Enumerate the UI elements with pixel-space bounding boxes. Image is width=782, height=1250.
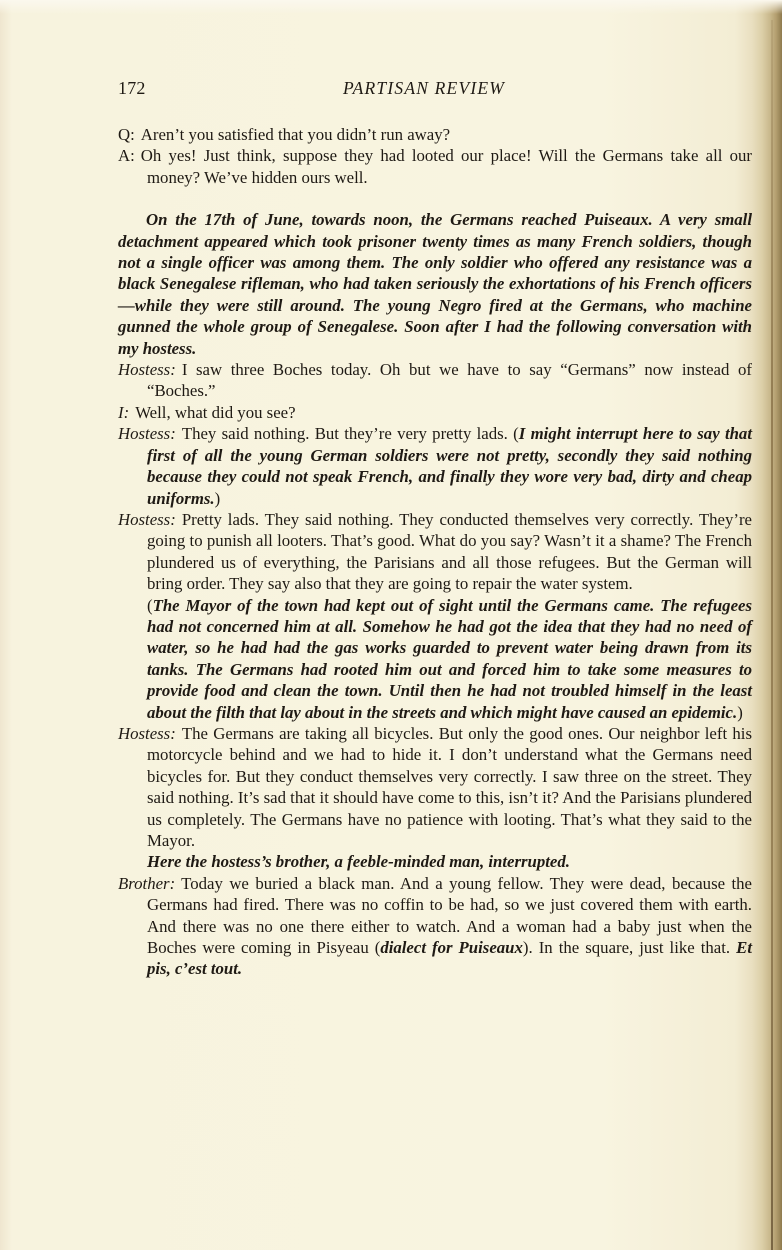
dialogue-line-q: Q:Aren’t you satisfied that you didn’t r… <box>118 124 752 145</box>
page-number: 172 <box>118 78 146 99</box>
dialogue-text: Pretty lads. They said nothing. They con… <box>147 510 752 593</box>
speaker-label: A: <box>118 146 135 165</box>
body-text: Q:Aren’t you satisfied that you didn’t r… <box>118 124 752 980</box>
narrative-paragraph: On the 17th of June, towards noon, the G… <box>118 209 752 359</box>
dialogue-line-hostess: Hostess:Pretty lads. They said nothing. … <box>118 509 752 595</box>
dialogue-line-i: I:Well, what did you see? <box>118 402 752 423</box>
scanned-page: 172 PARTISAN REVIEW Q:Aren’t you satisfi… <box>0 0 782 1250</box>
mayor-aside-paragraph: (The Mayor of the town had kept out of s… <box>118 595 752 723</box>
dialogue-text: Oh yes! Just think, suppose they had loo… <box>141 146 752 186</box>
speaker-label: Hostess: <box>118 360 176 379</box>
dialogue-line-brother: Brother:Today we buried a black man. And… <box>118 873 752 980</box>
speaker-label: I: <box>118 403 129 422</box>
dialogue-line-hostess: Hostess:The Germans are taking all bicyc… <box>118 723 752 851</box>
page-header: 172 PARTISAN REVIEW <box>118 78 752 102</box>
dialogue-text: ). In the square, just like that. <box>523 938 730 957</box>
running-head: PARTISAN REVIEW <box>343 78 505 99</box>
aside-paren-close: ) <box>737 703 743 722</box>
speaker-label: Hostess: <box>118 424 176 443</box>
page-gutter-shadow <box>771 20 773 1250</box>
dialogue-text: The Germans are taking all bicycles. But… <box>147 724 752 850</box>
stage-direction: Here the hostess’s brother, a feeble-min… <box>118 851 752 872</box>
speaker-label: Hostess: <box>118 724 176 743</box>
dialogue-text: Aren’t you satisfied that you didn’t run… <box>141 125 450 144</box>
dialogue-line-a: A:Oh yes! Just think, suppose they had l… <box>118 145 752 188</box>
section-spacer <box>118 188 752 209</box>
speaker-label: Brother: <box>118 874 175 893</box>
speaker-label: Q: <box>118 125 135 144</box>
dialogue-line-hostess: Hostess:I saw three Boches today. Oh but… <box>118 359 752 402</box>
stage-direction-text: Here the hostess’s brother, a feeble-min… <box>147 852 570 871</box>
speaker-label: Hostess: <box>118 510 176 529</box>
dialogue-line-hostess: Hostess:They said nothing. But they’re v… <box>118 423 752 509</box>
dialogue-text: They said nothing. But they’re very pret… <box>182 424 508 443</box>
dialect-note: dialect for Puiseaux <box>380 938 523 957</box>
aside-paren-close: ) <box>215 489 221 508</box>
dialogue-text: I saw three Boches today. Oh but we have… <box>147 360 752 400</box>
author-aside: The Mayor of the town had kept out of si… <box>147 596 752 722</box>
dialogue-text: Well, what did you see? <box>135 403 295 422</box>
